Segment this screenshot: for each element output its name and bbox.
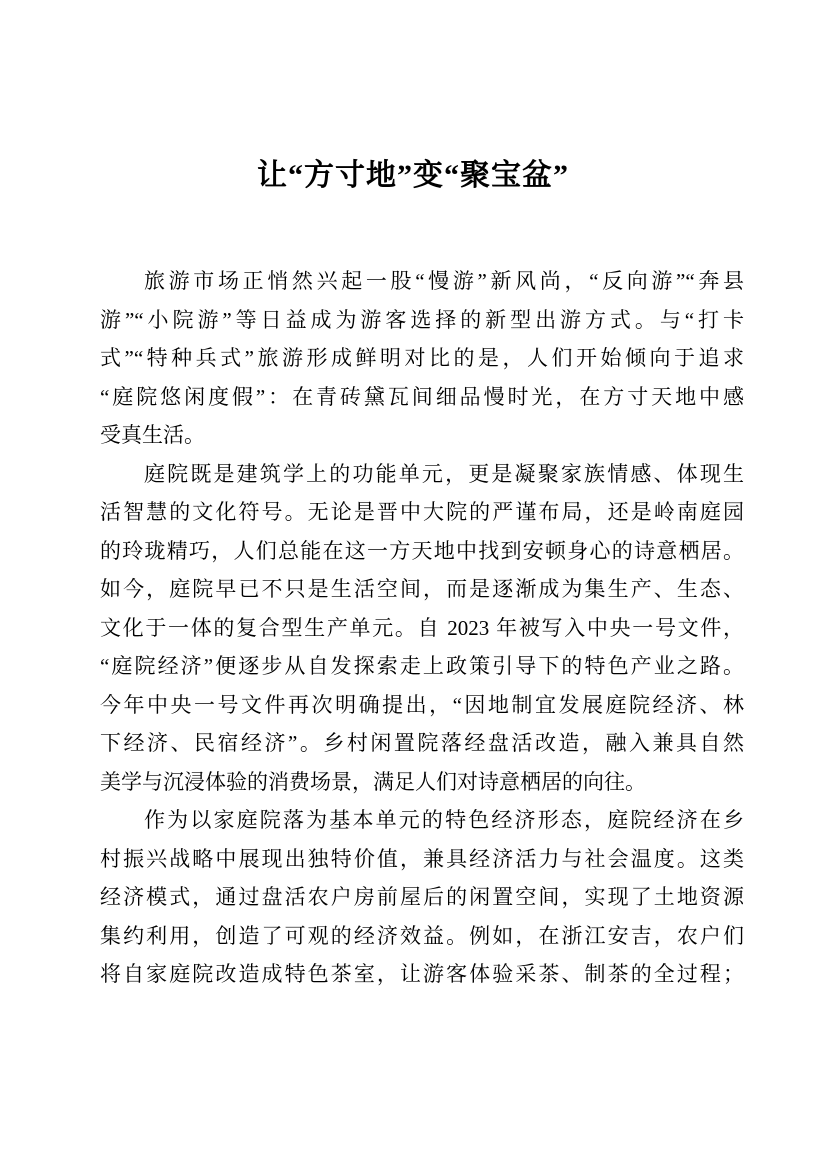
text-line: 如今，庭院早已不只是生活空间，而是逐渐成为集生产、生态、: [100, 570, 744, 609]
text-line: 今年中央一号文件再次明确提出，“因地制宜发展庭院经济、林: [100, 686, 744, 725]
text-line: 式”“特种兵式”旅游形成鲜明对比的是，人们开始倾向于追求: [100, 339, 744, 378]
document-page: 让“方寸地”变“聚宝盆” 旅游市场正悄然兴起一股“慢游”新风尚，“反向游”“奔县…: [0, 0, 826, 1169]
paragraph: 庭院既是建筑学上的功能单元，更是凝聚家族情感、体现生活智慧的文化符号。无论是晋中…: [100, 455, 744, 802]
text-line: 作为以家庭院落为基本单元的特色经济形态，庭院经济在乡: [100, 801, 744, 840]
text-line: 集约利用，创造了可观的经济效益。例如，在浙江安吉，农户们: [100, 917, 744, 956]
paragraph: 作为以家庭院落为基本单元的特色经济形态，庭院经济在乡村振兴战略中展现出独特价值，…: [100, 801, 744, 994]
text-line: 游”“小院游”等日益成为游客选择的新型出游方式。与“打卡: [100, 301, 744, 340]
text-line: 文化于一体的复合型生产单元。自 2023 年被写入中央一号文件，: [100, 609, 744, 648]
text-line: “庭院悠闲度假”：在青砖黛瓦间细品慢时光，在方寸天地中感: [100, 378, 744, 417]
text-line: 的玲珑精巧，人们总能在这一方天地中找到安顿身心的诗意栖居。: [100, 532, 744, 571]
paragraph: 旅游市场正悄然兴起一股“慢游”新风尚，“反向游”“奔县游”“小院游”等日益成为游…: [100, 262, 744, 455]
text-line: 庭院既是建筑学上的功能单元，更是凝聚家族情感、体现生: [100, 455, 744, 494]
text-line: 下经济、民宿经济”。乡村闲置院落经盘活改造，融入兼具自然: [100, 724, 744, 763]
text-line: “庭院经济”便逐步从自发探索走上政策引导下的特色产业之路。: [100, 647, 744, 686]
text-line: 受真生活。: [100, 416, 744, 455]
text-line: 将自家庭院改造成特色茶室，让游客体验采茶、制茶的全过程；: [100, 955, 744, 994]
document-title: 让“方寸地”变“聚宝盆”: [0, 156, 826, 196]
text-line: 旅游市场正悄然兴起一股“慢游”新风尚，“反向游”“奔县: [100, 262, 744, 301]
text-line: 活智慧的文化符号。无论是晋中大院的严谨布局，还是岭南庭园: [100, 493, 744, 532]
document-body: 旅游市场正悄然兴起一股“慢游”新风尚，“反向游”“奔县游”“小院游”等日益成为游…: [100, 262, 744, 994]
text-line: 美学与沉浸体验的消费场景，满足人们对诗意栖居的向往。: [100, 763, 744, 802]
text-line: 经济模式，通过盘活农户房前屋后的闲置空间，实现了土地资源: [100, 878, 744, 917]
text-line: 村振兴战略中展现出独特价值，兼具经济活力与社会温度。这类: [100, 840, 744, 879]
